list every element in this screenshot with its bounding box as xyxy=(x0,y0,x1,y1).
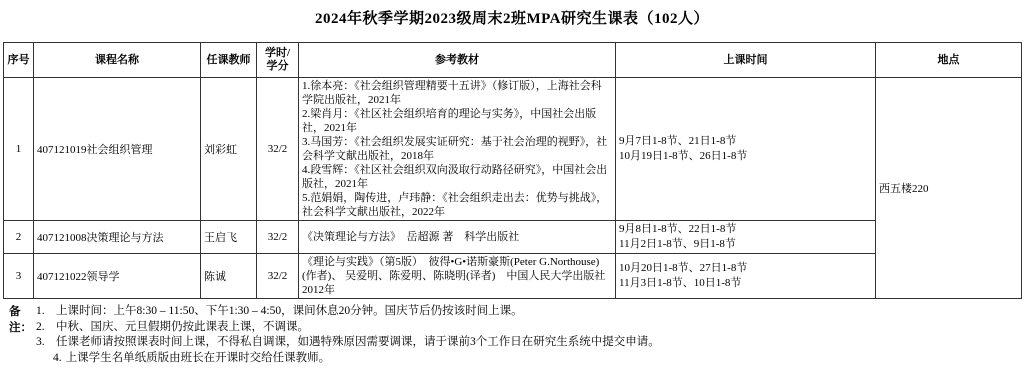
row1-course: 407121019社会组织管理 xyxy=(34,78,201,221)
header-time: 上课时间 xyxy=(616,43,876,78)
row2-time: 9月8日1-8节、22日1-8节 11月2日1-8节、9日1-8节 xyxy=(616,221,876,254)
row2-course: 407121008决策理论与方法 xyxy=(34,221,201,254)
note-item-1: 1. 上课时间：上午8:30 – 11:50、下午1:30 – 4:50，课间休… xyxy=(36,304,1024,320)
row2-materials: 《决策理论与方法》 岳超源 著 科学出版社 xyxy=(299,221,616,254)
row3-course: 407121022领导学 xyxy=(34,254,201,299)
note-number: 3. xyxy=(36,335,56,351)
note-text: 中秋、国庆、元旦假期仍按此课表上课，不调课。 xyxy=(56,320,1024,336)
page-title: 2024年秋季学期2023级周末2班MPA研究生课表（102人） xyxy=(0,0,1024,28)
row2-hours: 32/2 xyxy=(257,221,299,254)
notes-label: 备注： xyxy=(9,304,23,366)
row3-time: 10月20日1-8节、27日1-8节 11月3日1-8节、10日1-8节 xyxy=(616,254,876,299)
course-schedule-document: 2024年秋季学期2023级周末2班MPA研究生课表（102人） 序号 课程名称… xyxy=(0,0,1024,372)
header-no: 序号 xyxy=(4,43,34,78)
note-number: 4. xyxy=(53,351,62,367)
row1-no: 1 xyxy=(4,78,34,221)
row3-no: 3 xyxy=(4,254,34,299)
note-item-3: 3. 任课老师请按照课表时间上课，不得私自调课，如遇特殊原因需要调课，请于课前3… xyxy=(36,335,1024,351)
row1-teacher: 刘彩虹 xyxy=(201,78,257,221)
row3-hours: 32/2 xyxy=(257,254,299,299)
row1-hours: 32/2 xyxy=(257,78,299,221)
header-materials: 参考教材 xyxy=(299,43,616,78)
note-text: 任课老师请按照课表时间上课，不得私自调课，如遇特殊原因需要调课，请于课前3个工作… xyxy=(56,335,1024,351)
header-teacher: 任课教师 xyxy=(201,43,257,78)
table-row: 1 407121019社会组织管理 刘彩虹 32/2 1.徐本亮：《社会组织管理… xyxy=(4,78,1022,221)
note-text: 上课时间：上午8:30 – 11:50、下午1:30 – 4:50，课间休息20… xyxy=(56,304,1024,320)
note-item-2: 2. 中秋、国庆、元旦假期仍按此课表上课，不调课。 xyxy=(36,320,1024,336)
note-item-4: 4. 上课学生名单纸质版由班长在开课时交给任课教师。 xyxy=(53,351,1024,367)
table-row: 3 407121022领导学 陈诚 32/2 《理论与实践》（第5版） 彼得•G… xyxy=(4,254,1022,299)
header-course: 课程名称 xyxy=(34,43,201,78)
table-header-row: 序号 课程名称 任课教师 学时/学分 参考教材 上课时间 地点 xyxy=(4,43,1022,78)
location-cell: 西五楼220 xyxy=(876,78,1022,299)
row3-materials: 《理论与实践》（第5版） 彼得•G•诺斯豪斯(Peter G.Northouse… xyxy=(299,254,616,299)
row1-materials: 1.徐本亮：《社会组织管理精要十五讲》（修订版），上海社会科学院出版社，2021… xyxy=(299,78,616,221)
row3-teacher: 陈诚 xyxy=(201,254,257,299)
note-text: 上课学生名单纸质版由班长在开课时交给任课教师。 xyxy=(66,351,1024,367)
header-location: 地点 xyxy=(876,43,1022,78)
note-number: 1. xyxy=(36,304,56,320)
notes-list: 1. 上课时间：上午8:30 – 11:50、下午1:30 – 4:50，课间休… xyxy=(36,304,1024,366)
notes-section: 备注： 1. 上课时间：上午8:30 – 11:50、下午1:30 – 4:50… xyxy=(9,304,1024,366)
header-hours: 学时/学分 xyxy=(257,43,299,78)
row2-no: 2 xyxy=(4,221,34,254)
note-number: 2. xyxy=(36,320,56,336)
course-schedule-table: 序号 课程名称 任课教师 学时/学分 参考教材 上课时间 地点 1 407121… xyxy=(3,42,1022,299)
row2-teacher: 王启飞 xyxy=(201,221,257,254)
row1-time: 9月7日1-8节、21日1-8节 10月19日1-8节、26日1-8节 xyxy=(616,78,876,221)
table-row: 2 407121008决策理论与方法 王启飞 32/2 《决策理论与方法》 岳超… xyxy=(4,221,1022,254)
